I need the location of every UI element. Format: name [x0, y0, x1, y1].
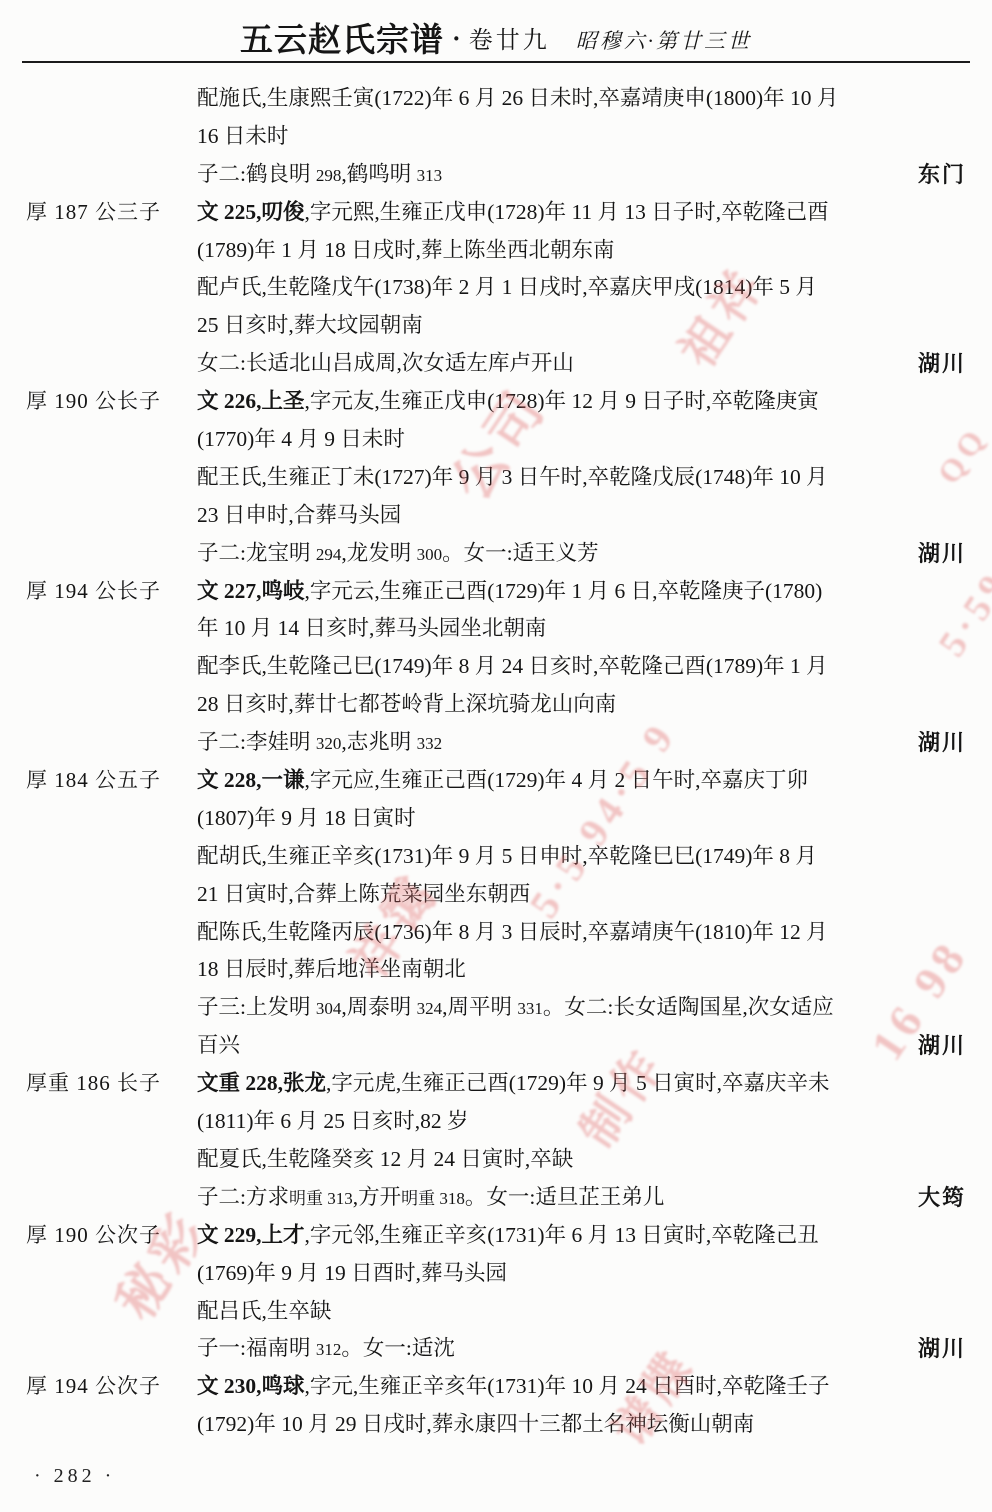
record-line: 厚 190 公次子文 229,上才,字元邻,生雍正辛亥(1731)年 6 月 1…	[0, 1217, 992, 1255]
record-line: 子二:方求明重 313,方开明重 318。女一:适旦芷王弟儿大筠	[0, 1179, 992, 1217]
record-line: 年 10 月 14 日亥时,葬马头园坐北朝南	[0, 610, 992, 648]
record-text: 23 日申时,合葬马头园	[197, 497, 922, 535]
page-number: · 282 ·	[34, 1465, 115, 1488]
record-text: 文 226,上圣,字元友,生雍正戊申(1728)年 12 月 9 日子时,卒乾隆…	[197, 383, 922, 421]
location-label: 大筠	[918, 1179, 966, 1217]
record-line: 18 日辰时,葬后地洋坐南朝北	[0, 951, 992, 989]
record-line: 配胡氏,生雍正辛亥(1731)年 9 月 5 日申时,卒乾隆巳巳(1749)年 …	[0, 838, 992, 876]
record-text: (1770)年 4 月 9 日未时	[197, 421, 922, 459]
record-text: 子二:李娃明 320,志兆明 332	[197, 724, 922, 763]
record-line: 23 日申时,合葬马头园	[0, 497, 992, 535]
record-text: 配胡氏,生雍正辛亥(1731)年 9 月 5 日申时,卒乾隆巳巳(1749)年 …	[197, 838, 922, 876]
generation-label: 厚 190 公长子	[26, 383, 161, 421]
record-line: 子二:李娃明 320,志兆明 332湖川	[0, 724, 992, 762]
record-text: 文 227,鸣岐,字元云,生雍正己酉(1729)年 1 月 6 日,卒乾隆庚子(…	[197, 573, 922, 611]
record-text: 年 10 月 14 日亥时,葬马头园坐北朝南	[197, 610, 922, 648]
record-text: 文 225,叨俊,字元熙,生雍正戊申(1728)年 11 月 13 日子时,卒乾…	[197, 194, 922, 232]
volume-label: 卷廿九	[469, 28, 550, 54]
record-line: 配卢氏,生乾隆戊午(1738)年 2 月 1 日戌时,卒嘉庆甲戌(1814)年 …	[0, 269, 992, 307]
record-text: 配施氏,生康熙壬寅(1722)年 6 月 26 日未时,卒嘉靖庚申(1800)年…	[197, 80, 922, 118]
record-line: 子一:福南明 312。女一:适沈湖川	[0, 1330, 992, 1368]
record-text: 文重 228,张龙,字元虎,生雍正己酉(1729)年 9 月 5 日寅时,卒嘉庆…	[197, 1065, 922, 1103]
record-line: 配夏氏,生乾隆癸亥 12 月 24 日寅时,卒缺	[0, 1141, 992, 1179]
record-line: 百兴湖川	[0, 1027, 992, 1065]
record-line: 厚 194 公次子文 230,鸣球,字元,生雍正辛亥年(1731)年 10 月 …	[0, 1368, 992, 1406]
record-line: (1769)年 9 月 19 日酉时,葬马头园	[0, 1255, 992, 1293]
record-text: 子二:鹤良明 298,鹤鸣明 313	[197, 156, 922, 195]
generation-label: 厚 194 公次子	[26, 1368, 161, 1406]
generation-label: 厚 187 公三子	[26, 194, 161, 232]
header-divider-rule	[22, 61, 970, 63]
record-line: 子二:龙宝明 294,龙发明 300。女一:适王义芳湖川	[0, 535, 992, 573]
record-text: (1807)年 9 月 18 日寅时	[197, 800, 922, 838]
generation-label: 厚 190 公次子	[26, 1217, 161, 1255]
record-line: 子二:鹤良明 298,鹤鸣明 313东门	[0, 156, 992, 194]
location-label: 湖川	[918, 345, 966, 383]
record-line: (1792)年 10 月 29 日戌时,葬永康四十三都土名神坛衡山朝南	[0, 1406, 992, 1444]
record-text: 配吕氏,生卒缺	[197, 1293, 922, 1331]
location-label: 湖川	[918, 1330, 966, 1368]
generation-label: 厚重 186 长子	[26, 1065, 161, 1103]
record-line: (1789)年 1 月 18 日戌时,葬上陈坐西北朝东南	[0, 232, 992, 270]
record-line: 女二:长适北山吕成周,次女适左库卢开山湖川	[0, 345, 992, 383]
record-line: 25 日亥时,葬大坟园朝南	[0, 307, 992, 345]
record-line: 配陈氏,生乾隆丙辰(1736)年 8 月 3 日辰时,卒嘉靖庚午(1810)年 …	[0, 914, 992, 952]
record-line: 厚重 186 长子文重 228,张龙,字元虎,生雍正己酉(1729)年 9 月 …	[0, 1065, 992, 1103]
record-line: 厚 190 公长子文 226,上圣,字元友,生雍正戊申(1728)年 12 月 …	[0, 383, 992, 421]
record-text: 18 日辰时,葬后地洋坐南朝北	[197, 951, 922, 989]
record-line: 配王氏,生雍正丁未(1727)年 9 月 3 日午时,卒乾隆戊辰(1748)年 …	[0, 459, 992, 497]
record-text: 配夏氏,生乾隆癸亥 12 月 24 日寅时,卒缺	[197, 1141, 922, 1179]
record-text: 子三:上发明 304,周泰明 324,周平明 331。女二:长女适陶国星,次女适…	[197, 989, 922, 1028]
record-text: 16 日未时	[197, 118, 922, 156]
location-label: 湖川	[918, 724, 966, 762]
record-text: 25 日亥时,葬大坟园朝南	[197, 307, 922, 345]
location-label: 湖川	[918, 535, 966, 573]
record-line: 16 日未时	[0, 118, 992, 156]
title-separator-dot: ·	[444, 24, 469, 53]
record-line: 配施氏,生康熙壬寅(1722)年 6 月 26 日未时,卒嘉靖庚申(1800)年…	[0, 80, 992, 118]
record-text: 子二:龙宝明 294,龙发明 300。女一:适王义芳	[197, 535, 922, 574]
record-text: 配陈氏,生乾隆丙辰(1736)年 8 月 3 日辰时,卒嘉靖庚午(1810)年 …	[197, 914, 922, 952]
record-line: (1811)年 6 月 25 日亥时,82 岁	[0, 1103, 992, 1141]
record-lines: 配施氏,生康熙壬寅(1722)年 6 月 26 日未时,卒嘉靖庚申(1800)年…	[0, 80, 992, 1444]
record-line: (1770)年 4 月 9 日未时	[0, 421, 992, 459]
record-text: 配李氏,生乾隆己巳(1749)年 8 月 24 日亥时,卒乾隆己酉(1789)年…	[197, 648, 922, 686]
record-text: (1789)年 1 月 18 日戌时,葬上陈坐西北朝东南	[197, 232, 922, 270]
record-line: 厚 187 公三子文 225,叨俊,字元熙,生雍正戊申(1728)年 11 月 …	[0, 194, 992, 232]
generation-label: 厚 194 公长子	[26, 573, 161, 611]
page-header: 五云赵氏宗谱·卷廿九昭穆六·第廿三世	[0, 14, 992, 61]
record-text: 配卢氏,生乾隆戊午(1738)年 2 月 1 日戌时,卒嘉庆甲戌(1814)年 …	[197, 269, 922, 307]
record-line: 配吕氏,生卒缺	[0, 1293, 992, 1331]
record-text: 子二:方求明重 313,方开明重 318。女一:适旦芷王弟儿	[197, 1179, 922, 1218]
location-label: 湖川	[918, 1027, 966, 1065]
record-text: 配王氏,生雍正丁未(1727)年 9 月 3 日午时,卒乾隆戊辰(1748)年 …	[197, 459, 922, 497]
record-text: (1769)年 9 月 19 日酉时,葬马头园	[197, 1255, 922, 1293]
record-line: (1807)年 9 月 18 日寅时	[0, 800, 992, 838]
record-text: (1811)年 6 月 25 日亥时,82 岁	[197, 1103, 922, 1141]
record-line: 厚 194 公长子文 227,鸣岐,字元云,生雍正己酉(1729)年 1 月 6…	[0, 573, 992, 611]
location-label: 东门	[918, 156, 966, 194]
record-text: 子一:福南明 312。女一:适沈	[197, 1330, 922, 1369]
book-title: 五云赵氏宗谱	[240, 23, 444, 59]
record-text: 文 229,上才,字元邻,生雍正辛亥(1731)年 6 月 13 日寅时,卒乾隆…	[197, 1217, 922, 1255]
record-line: 28 日亥时,葬廿七都苍岭背上深坑骑龙山向南	[0, 686, 992, 724]
record-text: 21 日寅时,合葬上陈荒菜园坐东朝西	[197, 876, 922, 914]
record-line: 配李氏,生乾隆己巳(1749)年 8 月 24 日亥时,卒乾隆己酉(1789)年…	[0, 648, 992, 686]
record-line: 子三:上发明 304,周泰明 324,周平明 331。女二:长女适陶国星,次女适…	[0, 989, 992, 1027]
record-text: 文 230,鸣球,字元,生雍正辛亥年(1731)年 10 月 24 日酉时,卒乾…	[197, 1368, 922, 1406]
record-text: 文 228,一谦,字元应,生雍正己酉(1729)年 4 月 2 日午时,卒嘉庆丁…	[197, 762, 922, 800]
record-text: 女二:长适北山吕成周,次女适左库卢开山	[197, 345, 922, 383]
record-text: 百兴	[197, 1027, 922, 1065]
record-line: 厚 184 公五子文 228,一谦,字元应,生雍正己酉(1729)年 4 月 2…	[0, 762, 992, 800]
scanned-genealogy-page: 五云赵氏宗谱·卷廿九昭穆六·第廿三世 配施氏,生康熙壬寅(1722)年 6 月 …	[0, 0, 992, 1512]
section-label: 昭穆六·第廿三世	[576, 29, 752, 53]
record-text: 28 日亥时,葬廿七都苍岭背上深坑骑龙山向南	[197, 686, 922, 724]
record-line: 21 日寅时,合葬上陈荒菜园坐东朝西	[0, 876, 992, 914]
record-text: (1792)年 10 月 29 日戌时,葬永康四十三都土名神坛衡山朝南	[197, 1406, 922, 1444]
generation-label: 厚 184 公五子	[26, 762, 161, 800]
